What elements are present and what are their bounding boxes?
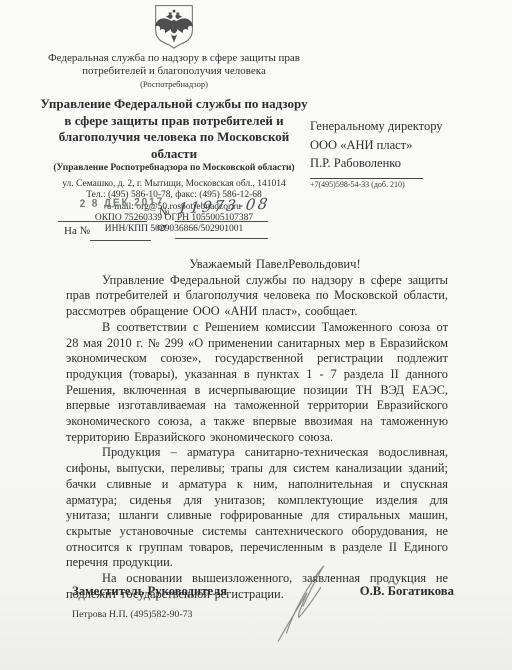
agency-name: Федеральная служба по надзору в сфере за…	[28, 52, 320, 78]
signature-row: Заместитель Руководителя О.В. Богатикова	[72, 584, 454, 599]
address-line: ул. Семашко, д. 2, г. Мытищи, Московская…	[28, 179, 320, 190]
paragraph-2: В соответствии с Решением комиссии Тамож…	[66, 320, 448, 446]
department-name: Управление Федеральной службы по надзору…	[28, 96, 320, 162]
signer-position: Заместитель Руководителя	[72, 584, 227, 599]
scanned-letter-page: Федеральная служба по надзору в сфере за…	[0, 0, 512, 670]
agency-short-name: (Роспотребнадзор)	[28, 79, 320, 89]
double-headed-eagle	[155, 10, 193, 43]
number-sign-label: №	[159, 206, 170, 218]
date-underline	[58, 221, 147, 222]
paragraph-3: Продукция – арматура санитарно-техническ…	[66, 445, 448, 571]
from-label: от	[157, 222, 167, 233]
department-alt-name: (Управление Роспотребнадзора по Московск…	[28, 163, 320, 174]
letter-body: Уважаемый ПавелРевольдович! Управление Ф…	[66, 257, 448, 602]
signer-name: О.В. Богатикова	[360, 584, 454, 599]
recipient-person: П.Р. Рабоволенко	[310, 154, 490, 173]
reference-block: 2 8 ДЕК 2017 № 11973-08 На № от	[28, 194, 320, 252]
number-underline	[175, 221, 268, 222]
outgoing-number-handwritten: 11973-08	[177, 195, 271, 218]
on-number-label: На №	[64, 225, 90, 237]
recipient-block: Генеральному директору ООО «АНИ пласт» П…	[310, 117, 490, 190]
on-number-underline	[90, 240, 151, 241]
recipient-company: ООО «АНИ пласт»	[310, 136, 490, 155]
paragraph-1: Управление Федеральной службы по надзору…	[66, 273, 448, 320]
recipient-position: Генеральному директору	[310, 117, 490, 136]
handwritten-signature	[272, 560, 334, 644]
executor-line: Петрова Н.П. (495)582-90-73	[72, 609, 192, 620]
recipient-phone: +7(495)598-54-33 (доб. 210)	[310, 180, 490, 190]
from-underline	[175, 238, 268, 239]
recipient-rule	[310, 178, 423, 179]
russia-coat-of-arms-icon	[149, 4, 199, 49]
salutation: Уважаемый ПавелРевольдович!	[66, 257, 448, 273]
date-stamp: 2 8 ДЕК 2017	[80, 196, 165, 210]
